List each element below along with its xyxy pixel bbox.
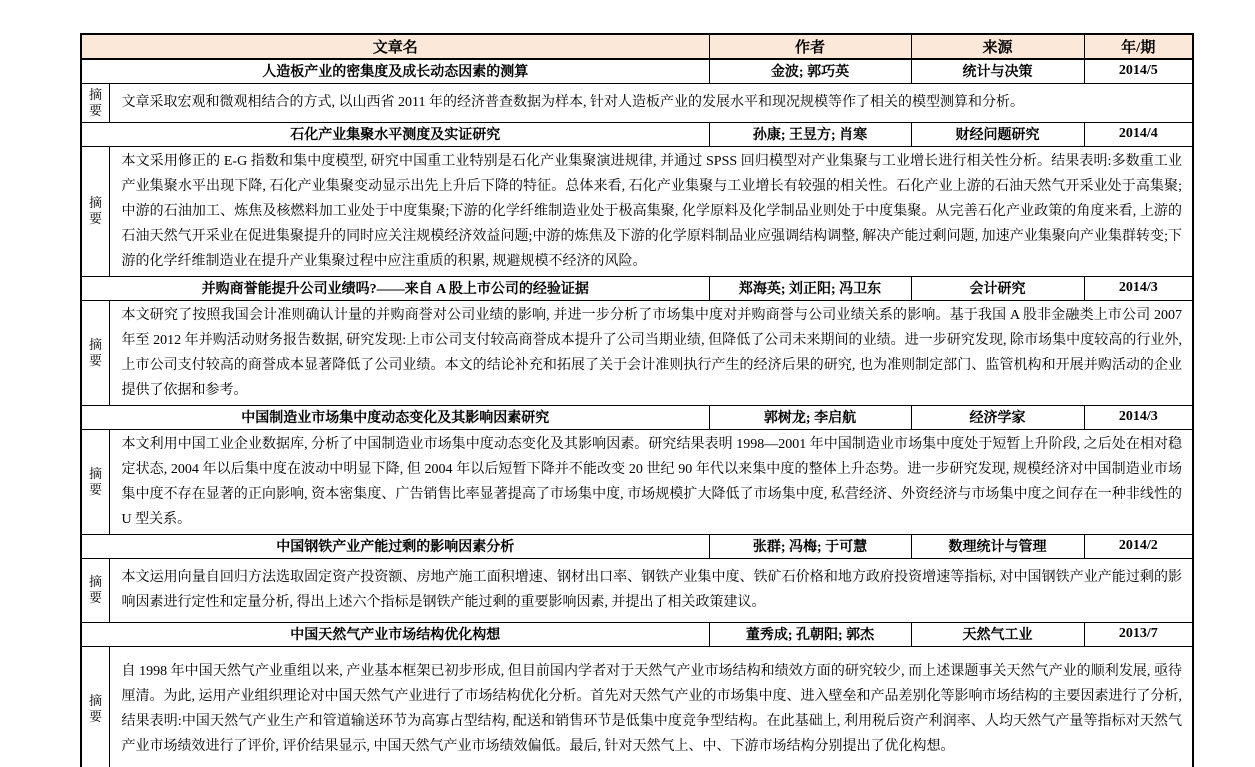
table-header-row: 文章名 作者 来源 年/期 [81, 34, 1193, 59]
article-authors: 郑海英; 刘正阳; 冯卫东 [709, 276, 911, 300]
abstract-label: 摘要 [81, 300, 109, 405]
article-year: 2014/5 [1084, 59, 1193, 83]
abstract-label: 摘要 [81, 429, 109, 534]
abstract-text: 本文研究了按照我国会计准则确认计量的并购商誉对公司业绩的影响, 并进一步分析了市… [109, 300, 1193, 405]
article-title: 人造板产业的密集度及成长动态因素的测算 [81, 59, 709, 83]
article-year: 2014/3 [1084, 276, 1193, 300]
document-page: 文章名 作者 来源 年/期 人造板产业的密集度及成长动态因素的测算 金波; 郭巧… [0, 0, 1255, 767]
article-title-row-2: 石化产业集聚水平测度及实证研究 孙康; 王昱方; 肖寒 财经问题研究 2014/… [81, 122, 1193, 146]
column-header-author: 作者 [709, 34, 911, 59]
article-year: 2014/3 [1084, 405, 1193, 429]
article-title: 中国钢铁产业产能过剩的影响因素分析 [81, 534, 709, 558]
article-year: 2014/4 [1084, 122, 1193, 146]
abstract-text: 本文利用中国工业企业数据库, 分析了中国制造业市场集中度动态变化及其影响因素。研… [109, 429, 1193, 534]
article-abstract-row-5: 摘要 本文运用向量自回归方法选取固定资产投资额、房地产施工面积增速、钢材出口率、… [81, 558, 1193, 622]
abstract-text: 自 1998 年中国天然气产业重组以来, 产业基本框架已初步形成, 但目前国内学… [109, 646, 1193, 767]
column-header-source: 来源 [911, 34, 1084, 59]
article-abstract-row-1: 摘要 文章采取宏观和微观相结合的方式, 以山西省 2011 年的经济普查数据为样… [81, 83, 1193, 122]
abstract-label: 摘要 [81, 83, 109, 122]
column-header-article: 文章名 [81, 34, 709, 59]
abstract-label: 摘要 [81, 646, 109, 767]
article-title: 石化产业集聚水平测度及实证研究 [81, 122, 709, 146]
article-source: 会计研究 [911, 276, 1084, 300]
article-source: 天然气工业 [911, 622, 1084, 646]
article-authors: 董秀成; 孔朝阳; 郭杰 [709, 622, 911, 646]
article-title-row-4: 中国制造业市场集中度动态变化及其影响因素研究 郭树龙; 李启航 经济学家 201… [81, 405, 1193, 429]
article-abstract-row-6: 摘要 自 1998 年中国天然气产业重组以来, 产业基本框架已初步形成, 但目前… [81, 646, 1193, 767]
article-title: 中国制造业市场集中度动态变化及其影响因素研究 [81, 405, 709, 429]
abstract-label: 摘要 [81, 558, 109, 622]
article-title-row-1: 人造板产业的密集度及成长动态因素的测算 金波; 郭巧英 统计与决策 2014/5 [81, 59, 1193, 83]
article-year: 2013/7 [1084, 622, 1193, 646]
article-source: 数理统计与管理 [911, 534, 1084, 558]
article-title: 中国天然气产业市场结构优化构想 [81, 622, 709, 646]
article-source: 经济学家 [911, 405, 1084, 429]
article-title-row-3: 并购商誉能提升公司业绩吗?——来自 A 股上市公司的经验证据 郑海英; 刘正阳;… [81, 276, 1193, 300]
abstract-label: 摘要 [81, 146, 109, 276]
article-abstract-row-2: 摘要 本文采用修正的 E-G 指数和集中度模型, 研究中国重工业特别是石化产业集… [81, 146, 1193, 276]
article-source: 统计与决策 [911, 59, 1084, 83]
article-authors: 张群; 冯梅; 于可慧 [709, 534, 911, 558]
articles-table: 文章名 作者 来源 年/期 人造板产业的密集度及成长动态因素的测算 金波; 郭巧… [80, 33, 1194, 767]
abstract-text: 本文采用修正的 E-G 指数和集中度模型, 研究中国重工业特别是石化产业集聚演进… [109, 146, 1193, 276]
column-header-year: 年/期 [1084, 34, 1193, 59]
article-source: 财经问题研究 [911, 122, 1084, 146]
abstract-text: 本文运用向量自回归方法选取固定资产投资额、房地产施工面积增速、钢材出口率、钢铁产… [109, 558, 1193, 622]
article-authors: 金波; 郭巧英 [709, 59, 911, 83]
abstract-text: 文章采取宏观和微观相结合的方式, 以山西省 2011 年的经济普查数据为样本, … [109, 83, 1193, 122]
article-year: 2014/2 [1084, 534, 1193, 558]
article-title-row-5: 中国钢铁产业产能过剩的影响因素分析 张群; 冯梅; 于可慧 数理统计与管理 20… [81, 534, 1193, 558]
article-title: 并购商誉能提升公司业绩吗?——来自 A 股上市公司的经验证据 [81, 276, 709, 300]
article-authors: 郭树龙; 李启航 [709, 405, 911, 429]
article-authors: 孙康; 王昱方; 肖寒 [709, 122, 911, 146]
article-abstract-row-3: 摘要 本文研究了按照我国会计准则确认计量的并购商誉对公司业绩的影响, 并进一步分… [81, 300, 1193, 405]
article-abstract-row-4: 摘要 本文利用中国工业企业数据库, 分析了中国制造业市场集中度动态变化及其影响因… [81, 429, 1193, 534]
article-title-row-6: 中国天然气产业市场结构优化构想 董秀成; 孔朝阳; 郭杰 天然气工业 2013/… [81, 622, 1193, 646]
